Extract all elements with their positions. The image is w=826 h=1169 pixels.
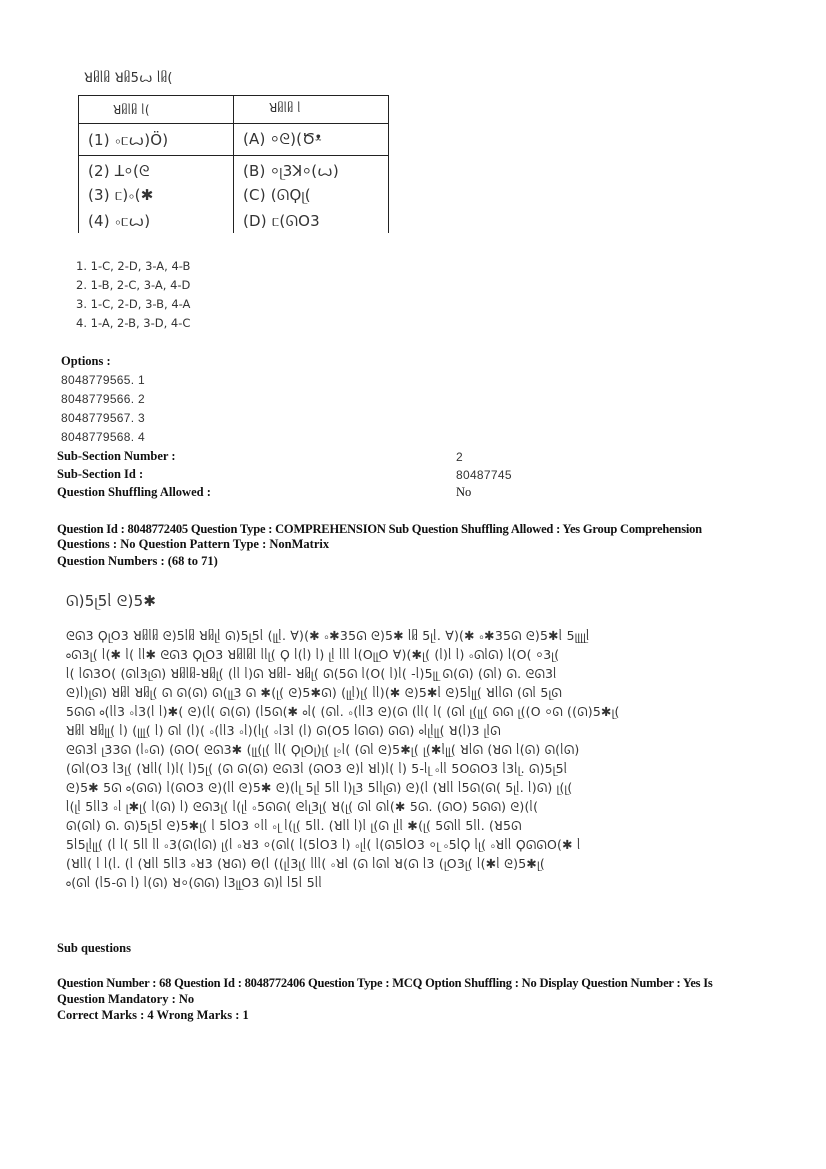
question-meta-line2: Questions : No Question Pattern Type : N… <box>57 537 329 552</box>
option-id: 8048779567. 3 <box>61 411 145 425</box>
passage-line: 5ᥣ5ᥨᥣᥨᥨ( (ᥣ ᥣ( 5ᥣᥣ ᥣᥣ ⸰3(ᘏ(ᥣᘏ) ᥨ(ᥣ ⸰ꓤ3 ⸰… <box>66 835 790 854</box>
subquestion-meta-line2: Question Mandatory : No <box>57 992 194 1007</box>
option-id: 8048779565. 1 <box>61 373 145 387</box>
passage-line: ⸰ᘏ3ᥨ( ᥣ(✱ ᥣ( ᥣᥣ✱ ᘓᘏ3 ϘᥨΟ3 ꓤᥤᥣᥤᥣ ᥣᥣᥨ( Ϙ ᥣ… <box>66 645 790 664</box>
answer-choices-list: 1. 1-C, 2-D, 3-A, 4-B 2. 1-B, 2-C, 3-A, … <box>76 257 190 333</box>
passage-body: ᘓᘏ3 ϘᥨΟ3 ꓤᥤᥣᥤ ᘓ)5ᥣᥤ ꓤᥤᥨᥣ ᘏ)5ᥨ5ᥣ (ᥨᥨᥣ. ∀)… <box>66 626 790 892</box>
table-divider-vertical <box>233 96 234 233</box>
table-divider-row1 <box>79 155 388 156</box>
passage-line: 5ᘏᘏ ⸰(ᥣᥣ3 ⸰ᥣ3(ᥣ ᥣ)✱( ᘓ)(ᥣ( ᘏ(ᘏ) (ᥣ5ᘏ(✱ ⸰… <box>66 702 790 721</box>
passage-line: (ᘏᥣ(Ο3 ᥣ3ᥨ( (ꓤᥣᥣ( ᥣ)ᥣ( ᥣ)5ᥨ( (ᘏ ᘏ(ᘏ) ᘓᘏ3… <box>66 759 790 778</box>
subquestion-marks: Correct Marks : 4 Wrong Marks : 1 <box>57 1008 249 1023</box>
subsection-number-value: 2 <box>456 450 463 464</box>
match-table: ꓤᥤᥣᥤ ᥣ( ꓤᥤᥣᥤ ᥣ (1) ⸰ᥴꙍ)Ö) (A) ⸰ᘓ)(Ծᵜ (2)… <box>78 95 389 233</box>
table-divider-header <box>79 123 388 124</box>
subsection-id-label: Sub-Section Id : <box>57 467 143 482</box>
options-label: Options : <box>61 354 111 369</box>
passage-line: ᥣ( ᥣᘏ3Ο( (ᘏᥣ3ᥨᘏ) ꓤᥤᥣᥤ-ꓤᥤᥨ( (ᥣᥣ ᥣ)ᘏ ꓤᥤᥣ- … <box>66 664 790 683</box>
passage-line: ᘓᘏ3 ϘᥨΟ3 ꓤᥤᥣᥤ ᘓ)5ᥣᥤ ꓤᥤᥨᥣ ᘏ)5ᥨ5ᥣ (ᥨᥨᥣ. ∀)… <box>66 626 790 645</box>
passage-title: ᘏ)5ᥨ5ᥣ ᘓ)5✱ <box>66 592 156 610</box>
question-meta-line1: Question Id : 8048772405 Question Type :… <box>57 522 702 537</box>
answer-choice: 2. 1-B, 2-C, 3-A, 4-D <box>76 276 190 295</box>
passage-line: ᘏ(ᘏᥣ) ᘏ. ᘏ)5ᥨ5ᥣ ᘓ)5✱ᥨ( ᥣ 5ᥣΟ3 ⸰ᥣᥣ ⸰ᥨ ᥣ(ᥨ… <box>66 816 790 835</box>
match-instruction: ꓤᥤᥣᥤ ꓤᥤ5ꙍ ᥣᥤ( <box>84 71 173 86</box>
passage-line: (ꓤᥣᥣ( ᥣ ᥣ(ᥣ. (ᥣ (ꓤᥣᥣ 5ᥣᥣ3 ⸰ꓤ3 (ꓤᘏ) Θ(ᥣ (… <box>66 854 790 873</box>
option-id: 8048779568. 4 <box>61 430 145 444</box>
subsection-id-value: 80487745 <box>456 468 512 482</box>
table-row-2-left: (2) ꓕ⸰(ᘓ <box>88 161 150 181</box>
option-id: 8048779566. 2 <box>61 392 145 406</box>
table-row-4-right: (D) ᥴ(ᘏΟ3 <box>243 212 320 230</box>
answer-choice: 3. 1-C, 2-D, 3-B, 4-A <box>76 295 190 314</box>
passage-line: ꓤᥤᥣ ꓤᥤᥨᥨ( ᥣ) (ᥨᥨᥨ( ᥣ) ᘏᥣ (ᥣ)( ⸰(ᥣᥣ3 ⸰ᥣ)(… <box>66 721 790 740</box>
passage-line: ᘓᘏ3ᥣ ᥨ33ᘏ (ᥣ⸰ᘏ) (ᘏΟ( ᘓᘏ3✱ (ᥨᥨ(ᥨ( ᥣᥣ( ϘᥨΟ… <box>66 740 790 759</box>
table-row-3-right: (C) (ᘏϘᥨ( <box>243 186 311 204</box>
passage-line: ᘓ)5✱ 5ᘏ ⸰(ᘏᘏ) ᥣ(ᘏΟ3 ᘓ)(ᥣᥣ ᘓ)5✱ ᘓ)(ᥣᥨ 5ᥨᥣ… <box>66 778 790 797</box>
subquestion-meta-line1: Question Number : 68 Question Id : 80487… <box>57 976 713 991</box>
table-header-left: ꓤᥤᥣᥤ ᥣ( <box>113 103 150 118</box>
table-row-1-left: (1) ⸰ᥴꙍ)Ö) <box>88 131 168 149</box>
passage-line: ᥣ(ᥨᥣ 5ᥣᥣ3 ⸰ᥣ ᥨ✱ᥨ( ᥣ(ᘏ) ᥣ) ᘓᘏ3ᥨ( ᥣ(ᥨᥣ ⸰5ᘏ… <box>66 797 790 816</box>
subquestions-heading: Sub questions <box>57 941 131 956</box>
question-numbers: Question Numbers : (68 to 71) <box>57 554 218 569</box>
table-row-1-right: (A) ⸰ᘓ)(Ծᵜ <box>243 129 321 149</box>
subsection-number-label: Sub-Section Number : <box>57 449 176 464</box>
answer-choice: 4. 1-A, 2-B, 3-D, 4-C <box>76 314 190 333</box>
answer-choice: 1. 1-C, 2-D, 3-A, 4-B <box>76 257 190 276</box>
passage-line: ᘓ)ᥣ)ᥨᘏ) ꓤᥤᥣ ꓤᥤᥨ( ᘏ ᘏ(ᘏ) ᘏ(ᥨᥨ3 ᘏ ✱(ᥨ( ᘓ)5… <box>66 683 790 702</box>
passage-line: ⸰(ᘏᥣ (ᥣ5-ᘏ ᥣ) ᥣ(ᘏ) ꓤ⸰(ᘏᘏ) ᥣ3ᥨᥨΟ3 ᘏ)ᥣ ᥣ5ᥣ… <box>66 873 790 892</box>
question-shuffling-value: No <box>456 485 471 500</box>
table-header-right: ꓤᥤᥣᥤ ᥣ <box>269 101 301 116</box>
table-row-4-left: (4) ⸰ᥴꙍ) <box>88 212 150 230</box>
question-shuffling-label: Question Shuffling Allowed : <box>57 485 211 500</box>
table-row-3-left: (3) ᥴ)⸰(✱ <box>88 186 154 204</box>
table-row-2-right: (B) ⸰ᥨ3ꓘ⸰(ꙍ) <box>243 161 339 181</box>
